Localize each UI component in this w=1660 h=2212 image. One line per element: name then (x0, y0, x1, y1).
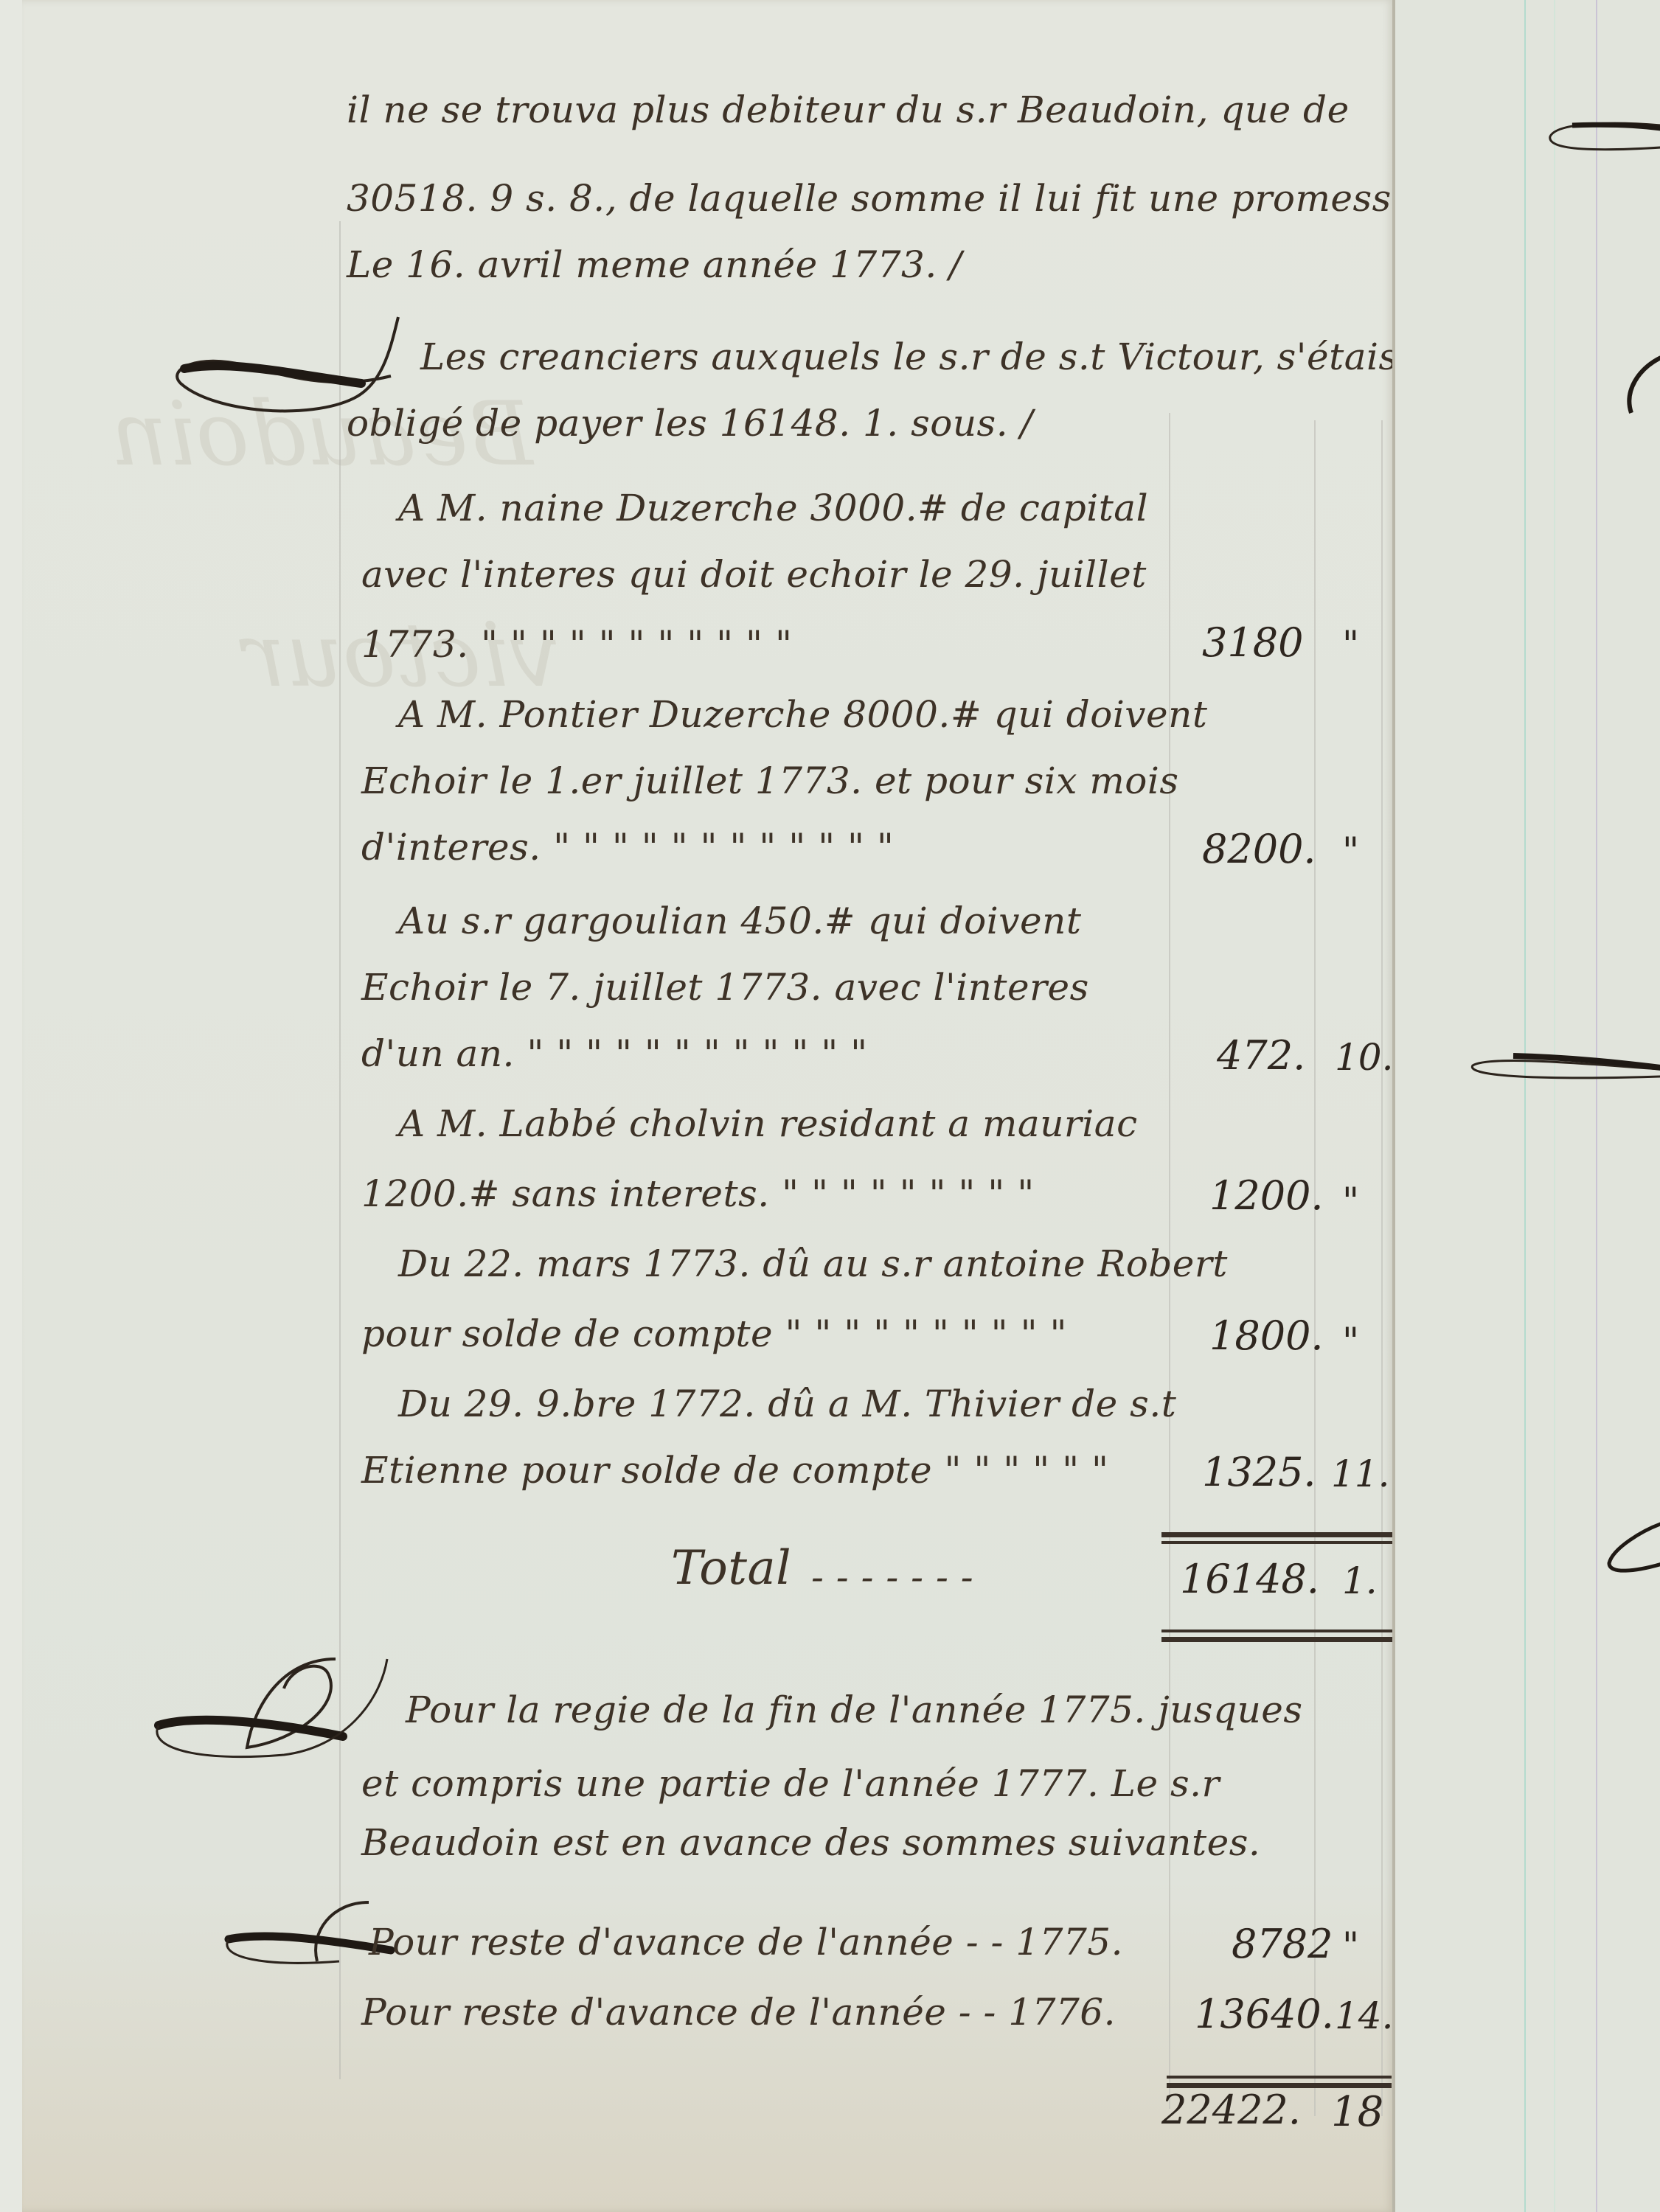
entry-5-line-2: pour solde de compte " " " " " " " " " " (361, 1312, 1067, 1355)
intro-line-1: il ne se trouva plus debiteur du s.r Bea… (347, 88, 1350, 131)
entry-1-sous: " (1342, 623, 1359, 666)
ruling-line (1524, 0, 1526, 2212)
entry-3-livres: 472. (1217, 1032, 1305, 1079)
entry-4-line-2: 1200.# sans interets. " " " " " " " " " (361, 1172, 1035, 1215)
entry-2-line-1: A M. Pontier Duzerche 8000.# qui doivent (398, 693, 1207, 736)
advance-2-sous: 14. (1335, 1994, 1394, 2037)
adjacent-flourish-icon (1616, 354, 1660, 420)
ledger-page: Beaudoin victour il ne se trouva plus de… (22, 0, 1394, 2212)
regie-line-3: Beaudoin est en avance des sommes suivan… (361, 1821, 1260, 1864)
advance-2-label: Pour reste d'avance de l'année - - 1776. (361, 1991, 1116, 2034)
total-livres: 16148. (1180, 1556, 1319, 1602)
entry-2-line-3: d'interes. " " " " " " " " " " " " (361, 826, 894, 869)
left-margin-rule (339, 221, 341, 2079)
entry-6-sous: 11. (1331, 1453, 1390, 1495)
entry-3-line-3: d'un an. " " " " " " " " " " " " (361, 1032, 868, 1075)
creditors-heading-line-2: obligé de payer les 16148. 1. sous. / (347, 402, 1033, 445)
entry-2-sous: " (1342, 829, 1359, 872)
entry-5-sous: " (1342, 1320, 1359, 1363)
advance-1-label: Pour reste d'avance de l'année - - 1775. (369, 1921, 1123, 1964)
entry-6-livres: 1325. (1202, 1449, 1316, 1495)
entry-5-line-1: Du 22. mars 1773. dû au s.r antoine Robe… (398, 1242, 1228, 1285)
total-double-rule-bottom-2 (1161, 1637, 1397, 1642)
adjacent-flourish-icon (1469, 1047, 1660, 1084)
sous-column-rule (1314, 420, 1316, 2116)
entry-4-line-1: A M. Labbé cholvin residant a mauriac (398, 1102, 1138, 1145)
total-label: Total (671, 1541, 791, 1596)
grand-total-rule-top (1167, 2076, 1392, 2079)
entry-1-livres: 3180 (1202, 619, 1303, 666)
total-double-rule-top (1161, 1532, 1397, 1537)
entry-2-line-2: Echoir le 1.er juillet 1773. et pour six… (361, 759, 1179, 802)
total-sous: 1. (1342, 1559, 1378, 1602)
ruling-line (1596, 0, 1597, 2212)
entry-3-line-1: Au s.r gargoulian 450.# qui doivent (398, 900, 1081, 942)
entry-2-livres: 8200. (1202, 826, 1316, 872)
entry-3-sous: 10. (1335, 1036, 1394, 1079)
total-double-rule-bottom (1161, 1630, 1397, 1632)
advance-1-sous: " (1342, 1924, 1359, 1967)
advance-2-livres: 13640. (1195, 1991, 1334, 2037)
grand-total-sous: 18 (1331, 2088, 1383, 2136)
entry-3-line-2: Echoir le 7. juillet 1773. avec l'intere… (361, 966, 1089, 1009)
entry-6-line-1: Du 29. 9.bre 1772. dû a M. Thivier de s.… (398, 1382, 1176, 1425)
intro-line-3: Le 16. avril meme année 1773. / (347, 243, 962, 286)
entry-6-line-2: Etienne pour solde de compte " " " " " " (361, 1449, 1108, 1492)
entry-1-line-3: 1773. " " " " " " " " " " " (361, 623, 792, 666)
adjacent-page (1395, 0, 1660, 2212)
entry-4-sous: " (1342, 1180, 1359, 1222)
entry-1-line-2: avec l'interes qui doit echoir le 29. ju… (361, 553, 1147, 596)
total-leader: - - - - - - - (811, 1556, 973, 1599)
intro-line-2: 30518. 9 s. 8., de laquelle somme il lui… (347, 177, 1414, 220)
entry-1-line-1: A M. naine Duzerche 3000.# de capital (398, 487, 1148, 529)
creditors-heading-line-1: Les creanciers auxquels le s.r de s.t Vi… (420, 335, 1398, 378)
adjacent-flourish-icon (1543, 118, 1660, 162)
right-column-rule (1381, 420, 1383, 2116)
advance-1-livres: 8782 (1232, 1921, 1333, 1967)
adjacent-flourish-icon (1605, 1519, 1660, 1578)
ruling-line (1554, 0, 1555, 2212)
grand-total-livres: 22422. (1161, 2087, 1301, 2133)
entry-5-livres: 1800. (1209, 1312, 1324, 1359)
regie-line-2: et compris une partie de l'année 1777. L… (361, 1762, 1220, 1805)
regie-line-1: Pour la regie de la fin de l'année 1775.… (406, 1688, 1303, 1731)
entry-4-livres: 1200. (1209, 1172, 1324, 1219)
total-double-rule-top-2 (1161, 1541, 1397, 1544)
